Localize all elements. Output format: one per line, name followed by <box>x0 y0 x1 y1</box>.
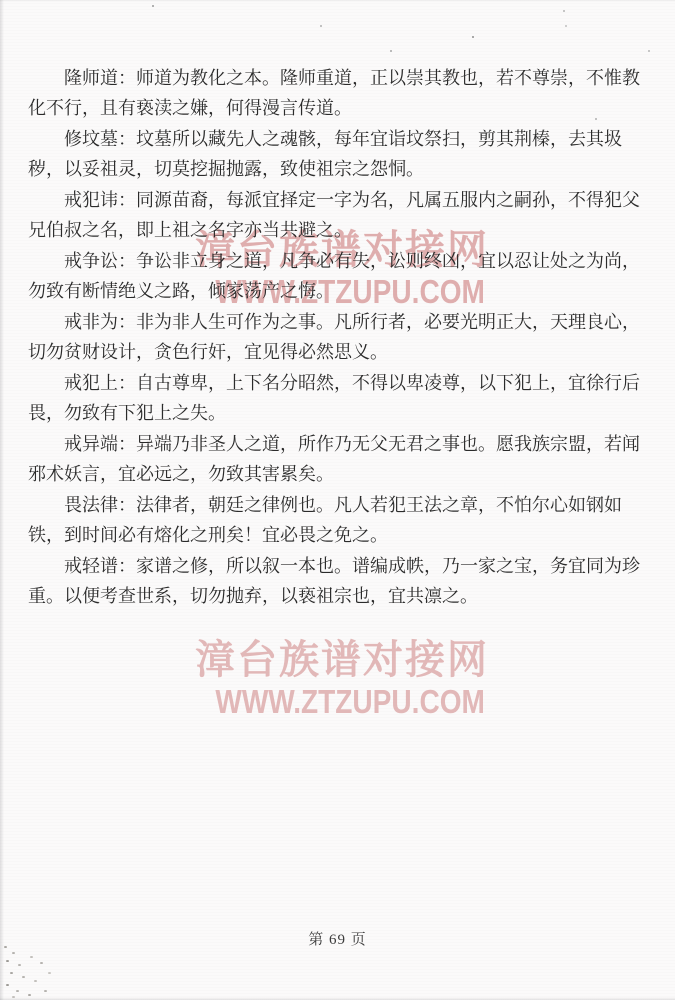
scan-noise-specks-top <box>152 5 154 7</box>
paragraph-line: 化不行，且有亵渎之嫌，何得漫言传道。 <box>28 93 648 123</box>
paragraph-line: 勿致有断情绝义之路，倾家荡产之悔。 <box>28 276 648 306</box>
paragraph-wei-fa-lv: 畏法律：法律者，朝廷之律例也。凡人若犯王法之章，不怕尔心如钢如 铁，到时间必有熔… <box>28 490 648 550</box>
paragraph-line: 戒犯讳：同源苗裔，每派宜择定一字为名，凡属五服内之嗣孙，不得犯父 <box>28 185 648 215</box>
paragraph-jie-fan-shang: 戒犯上：自古尊卑，上下名分昭然，不得以卑凌尊，以下犯上，宜徐行后 畏，勿致有下犯… <box>28 368 648 428</box>
scanned-document-page: 漳台族谱对接网 WWW.ZTZUPU.COM 漳台族谱对接网 WWW.ZTZUP… <box>0 0 675 1000</box>
paragraph-jie-zheng-song: 戒争讼：争讼非立身之道，凡争必有失，讼则终凶，宜以忍让处之为尚， 勿致有断情绝义… <box>28 246 648 306</box>
paragraph-jie-fan-hui: 戒犯讳：同源苗裔，每派宜择定一字为名，凡属五服内之嗣孙，不得犯父 兄伯叔之名，即… <box>28 185 648 245</box>
paragraph-xiu-fen-mu: 修坟墓：坟墓所以藏先人之魂骸，每年宜诣坟祭扫，剪其荆榛，去其圾 秽，以妥祖灵，切… <box>28 124 648 184</box>
paragraph-line: 畏法律：法律者，朝廷之律例也。凡人若犯王法之章，不怕尔心如钢如 <box>28 490 648 520</box>
document-body: 隆师道：师道为教化之本。隆师重道，正以崇其教也，若不尊崇，不惟教 化不行，且有亵… <box>28 63 648 612</box>
watermark-site-url: WWW.ZTZUPU.COM <box>215 682 468 722</box>
scan-edge-left <box>0 0 4 1000</box>
paragraph-line: 修坟墓：坟墓所以藏先人之魂骸，每年宜诣坟祭扫，剪其荆榛，去其圾 <box>28 124 648 154</box>
paragraph-jie-fei-wei: 戒非为：非为非人生可作为之事。凡所行者，必要光明正大，天理良心， 切勿贫财设计，… <box>28 307 648 367</box>
paragraph-line: 戒异端：异端乃非圣人之道，所作乃无父无君之事也。愿我族宗盟，若闻 <box>28 429 648 459</box>
paragraph-jie-qing-pu: 戒轻谱：家谱之修，所以叙一本也。谱编成帙，乃一家之宝，务宜同为珍 重。以便考查世… <box>28 551 648 611</box>
paragraph-line: 邪术妖言，宜必远之，勿致其害累矣。 <box>28 459 648 489</box>
paragraph-line: 戒非为：非为非人生可作为之事。凡所行者，必要光明正大，天理良心， <box>28 307 648 337</box>
paragraph-line: 畏，勿致有下犯上之失。 <box>28 398 648 428</box>
paragraph-long-shi-dao: 隆师道：师道为教化之本。隆师重道，正以崇其教也，若不尊崇，不惟教 化不行，且有亵… <box>28 63 648 123</box>
paragraph-line: 重。以便考查世系，切勿抛弃，以亵祖宗也，宜共凛之。 <box>28 581 648 611</box>
paragraph-jie-yi-duan: 戒异端：异端乃非圣人之道，所作乃无父无君之事也。愿我族宗盟，若闻 邪术妖言，宜必… <box>28 429 648 489</box>
scan-edge-top <box>0 0 675 2</box>
watermark-middle: 漳台族谱对接网 WWW.ZTZUPU.COM <box>193 638 491 722</box>
paragraph-line: 隆师道：师道为教化之本。隆师重道，正以崇其教也，若不尊崇，不惟教 <box>28 63 648 93</box>
page-number: 第 69 页 <box>0 928 675 949</box>
paragraph-line: 戒轻谱：家谱之修，所以叙一本也。谱编成帙，乃一家之宝，务宜同为珍 <box>28 551 648 581</box>
paragraph-line: 戒犯上：自古尊卑，上下名分昭然，不得以卑凌尊，以下犯上，宜徐行后 <box>28 368 648 398</box>
paragraph-line: 铁，到时间必有熔化之刑矣！宜必畏之免之。 <box>28 520 648 550</box>
paragraph-line: 戒争讼：争讼非立身之道，凡争必有失，讼则终凶，宜以忍让处之为尚， <box>28 246 648 276</box>
paragraph-line: 秽，以妥祖灵，切莫挖掘抛露，致使祖宗之怨恫。 <box>28 154 648 184</box>
watermark-site-name: 漳台族谱对接网 <box>193 638 491 682</box>
paragraph-line: 兄伯叔之名，即上祖之名字亦当共避之。 <box>28 215 648 245</box>
paragraph-line: 切勿贫财设计，贪色行奸，宜见得必然思义。 <box>28 337 648 367</box>
